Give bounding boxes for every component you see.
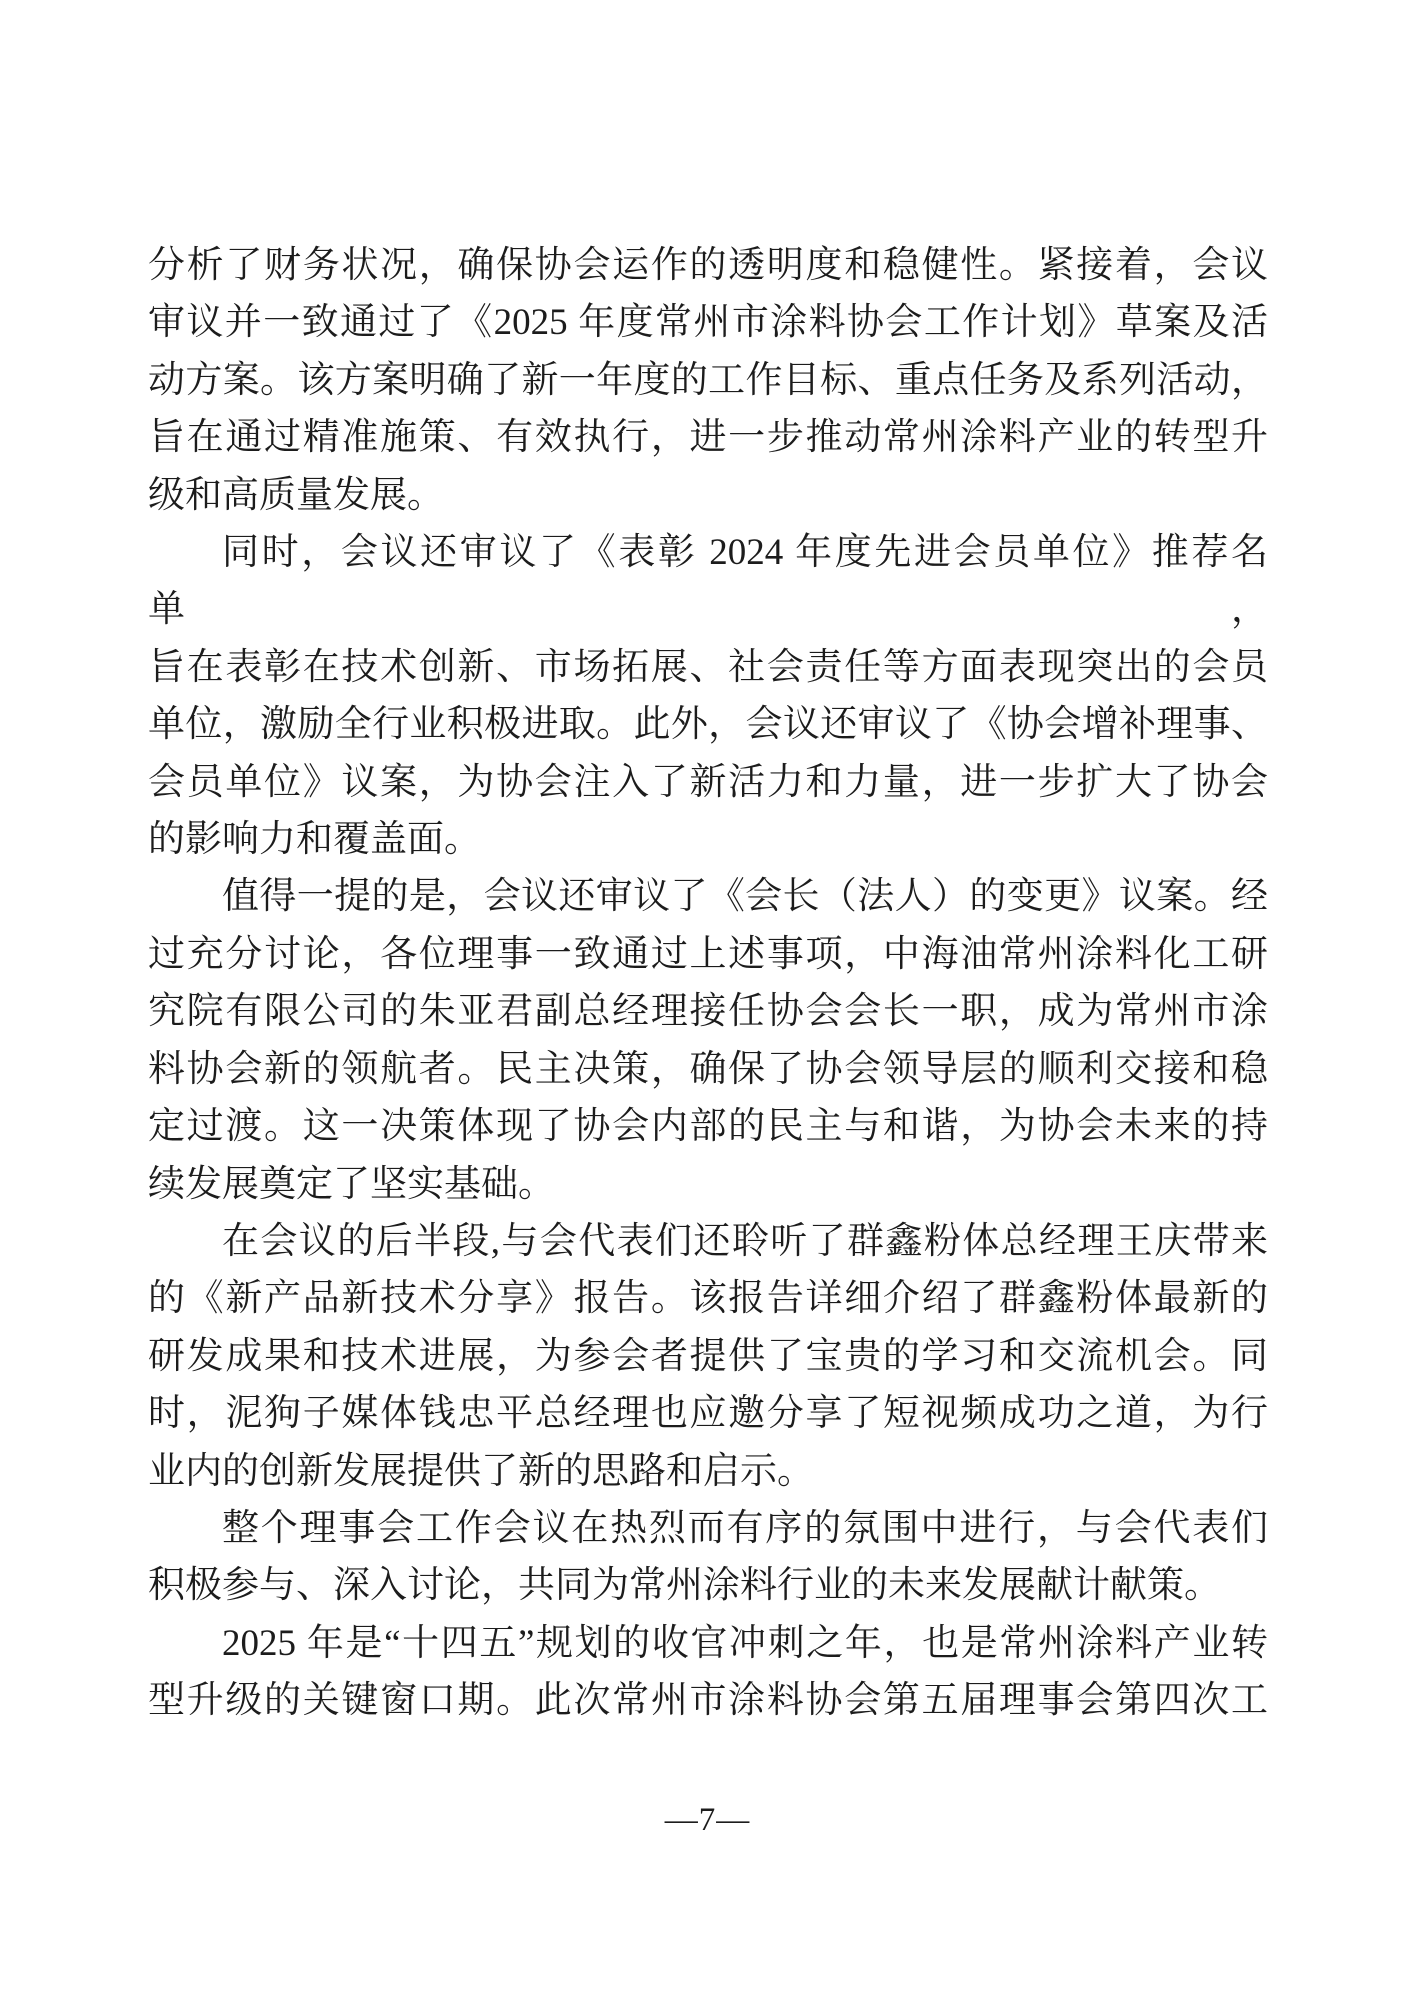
text-line: 究院有限公司的朱亚君副总经理接任协会会长一职，成为常州市涂 xyxy=(148,983,1268,1040)
text-line: 的影响力和覆盖面。 xyxy=(148,811,1268,868)
text-line: 旨在通过精准施策、有效执行，进一步推动常州涂料产业的转型升 xyxy=(148,409,1268,466)
text-line: 会员单位》议案，为协会注入了新活力和力量，进一步扩大了协会 xyxy=(148,754,1268,811)
text-line: 值得一提的是，会议还审议了《会长（法人）的变更》议案。经 xyxy=(148,868,1268,925)
text-line: 级和高质量发展。 xyxy=(148,467,1268,524)
paragraph: 整个理事会工作会议在热烈而有序的氛围中进行，与会代表们积极参与、深入讨论，共同为… xyxy=(148,1500,1268,1615)
text-line: 型升级的关键窗口期。此次常州市涂料协会第五届理事会第四次工 xyxy=(148,1672,1268,1729)
text-line: 整个理事会工作会议在热烈而有序的氛围中进行，与会代表们 xyxy=(148,1500,1268,1557)
text-line: 2025 年是“十四五”规划的收官冲刺之年，也是常州涂料产业转 xyxy=(148,1615,1268,1672)
paragraph: 值得一提的是，会议还审议了《会长（法人）的变更》议案。经过充分讨论，各位理事一致… xyxy=(148,868,1268,1212)
text-line: 在会议的后半段,与会代表们还聆听了群鑫粉体总经理王庆带来 xyxy=(148,1213,1268,1270)
page-number: —7— xyxy=(665,1802,751,1838)
text-line: 动方案。该方案明确了新一年度的工作目标、重点任务及系列活动， xyxy=(148,352,1268,409)
text-line: 定过渡。这一决策体现了协会内部的民主与和谐，为协会未来的持 xyxy=(148,1098,1268,1155)
text-line: 过充分讨论，各位理事一致通过上述事项，中海油常州涂料化工研 xyxy=(148,926,1268,983)
text-line: 同时，会议还审议了《表彰 2024 年度先进会员单位》推荐名单， xyxy=(148,524,1268,639)
text-line: 续发展奠定了坚实基础。 xyxy=(148,1156,1268,1213)
text-line: 料协会新的领航者。民主决策，确保了协会领导层的顺利交接和稳 xyxy=(148,1041,1268,1098)
text-line: 业内的创新发展提供了新的思路和启示。 xyxy=(148,1443,1268,1500)
text-line: 时，泥狗子媒体钱忠平总经理也应邀分享了短视频成功之道，为行 xyxy=(148,1385,1268,1442)
paragraph: 分析了财务状况，确保协会运作的透明度和稳健性。紧接着，会议审议并一致通过了《20… xyxy=(148,237,1268,524)
paragraph: 同时，会议还审议了《表彰 2024 年度先进会员单位》推荐名单，旨在表彰在技术创… xyxy=(148,524,1268,868)
text-line: 研发成果和技术进展，为参会者提供了宝贵的学习和交流机会。同 xyxy=(148,1328,1268,1385)
paragraph: 在会议的后半段,与会代表们还聆听了群鑫粉体总经理王庆带来的《新产品新技术分享》报… xyxy=(148,1213,1268,1500)
page-footer: —7— xyxy=(0,1802,1415,1839)
text-line: 积极参与、深入讨论，共同为常州涂料行业的未来发展献计献策。 xyxy=(148,1557,1268,1614)
text-line: 分析了财务状况，确保协会运作的透明度和稳健性。紧接着，会议 xyxy=(148,237,1268,294)
text-line: 的《新产品新技术分享》报告。该报告详细介绍了群鑫粉体最新的 xyxy=(148,1270,1268,1327)
document-body: 分析了财务状况，确保协会运作的透明度和稳健性。紧接着，会议审议并一致通过了《20… xyxy=(148,237,1268,1730)
document-page: 分析了财务状况，确保协会运作的透明度和稳健性。紧接着，会议审议并一致通过了《20… xyxy=(0,0,1415,2000)
paragraph: 2025 年是“十四五”规划的收官冲刺之年，也是常州涂料产业转型升级的关键窗口期… xyxy=(148,1615,1268,1730)
text-line: 旨在表彰在技术创新、市场拓展、社会责任等方面表现突出的会员 xyxy=(148,639,1268,696)
text-line: 审议并一致通过了《2025 年度常州市涂料协会工作计划》草案及活 xyxy=(148,294,1268,351)
text-line: 单位，激励全行业积极进取。此外，会议还审议了《协会增补理事、 xyxy=(148,696,1268,753)
